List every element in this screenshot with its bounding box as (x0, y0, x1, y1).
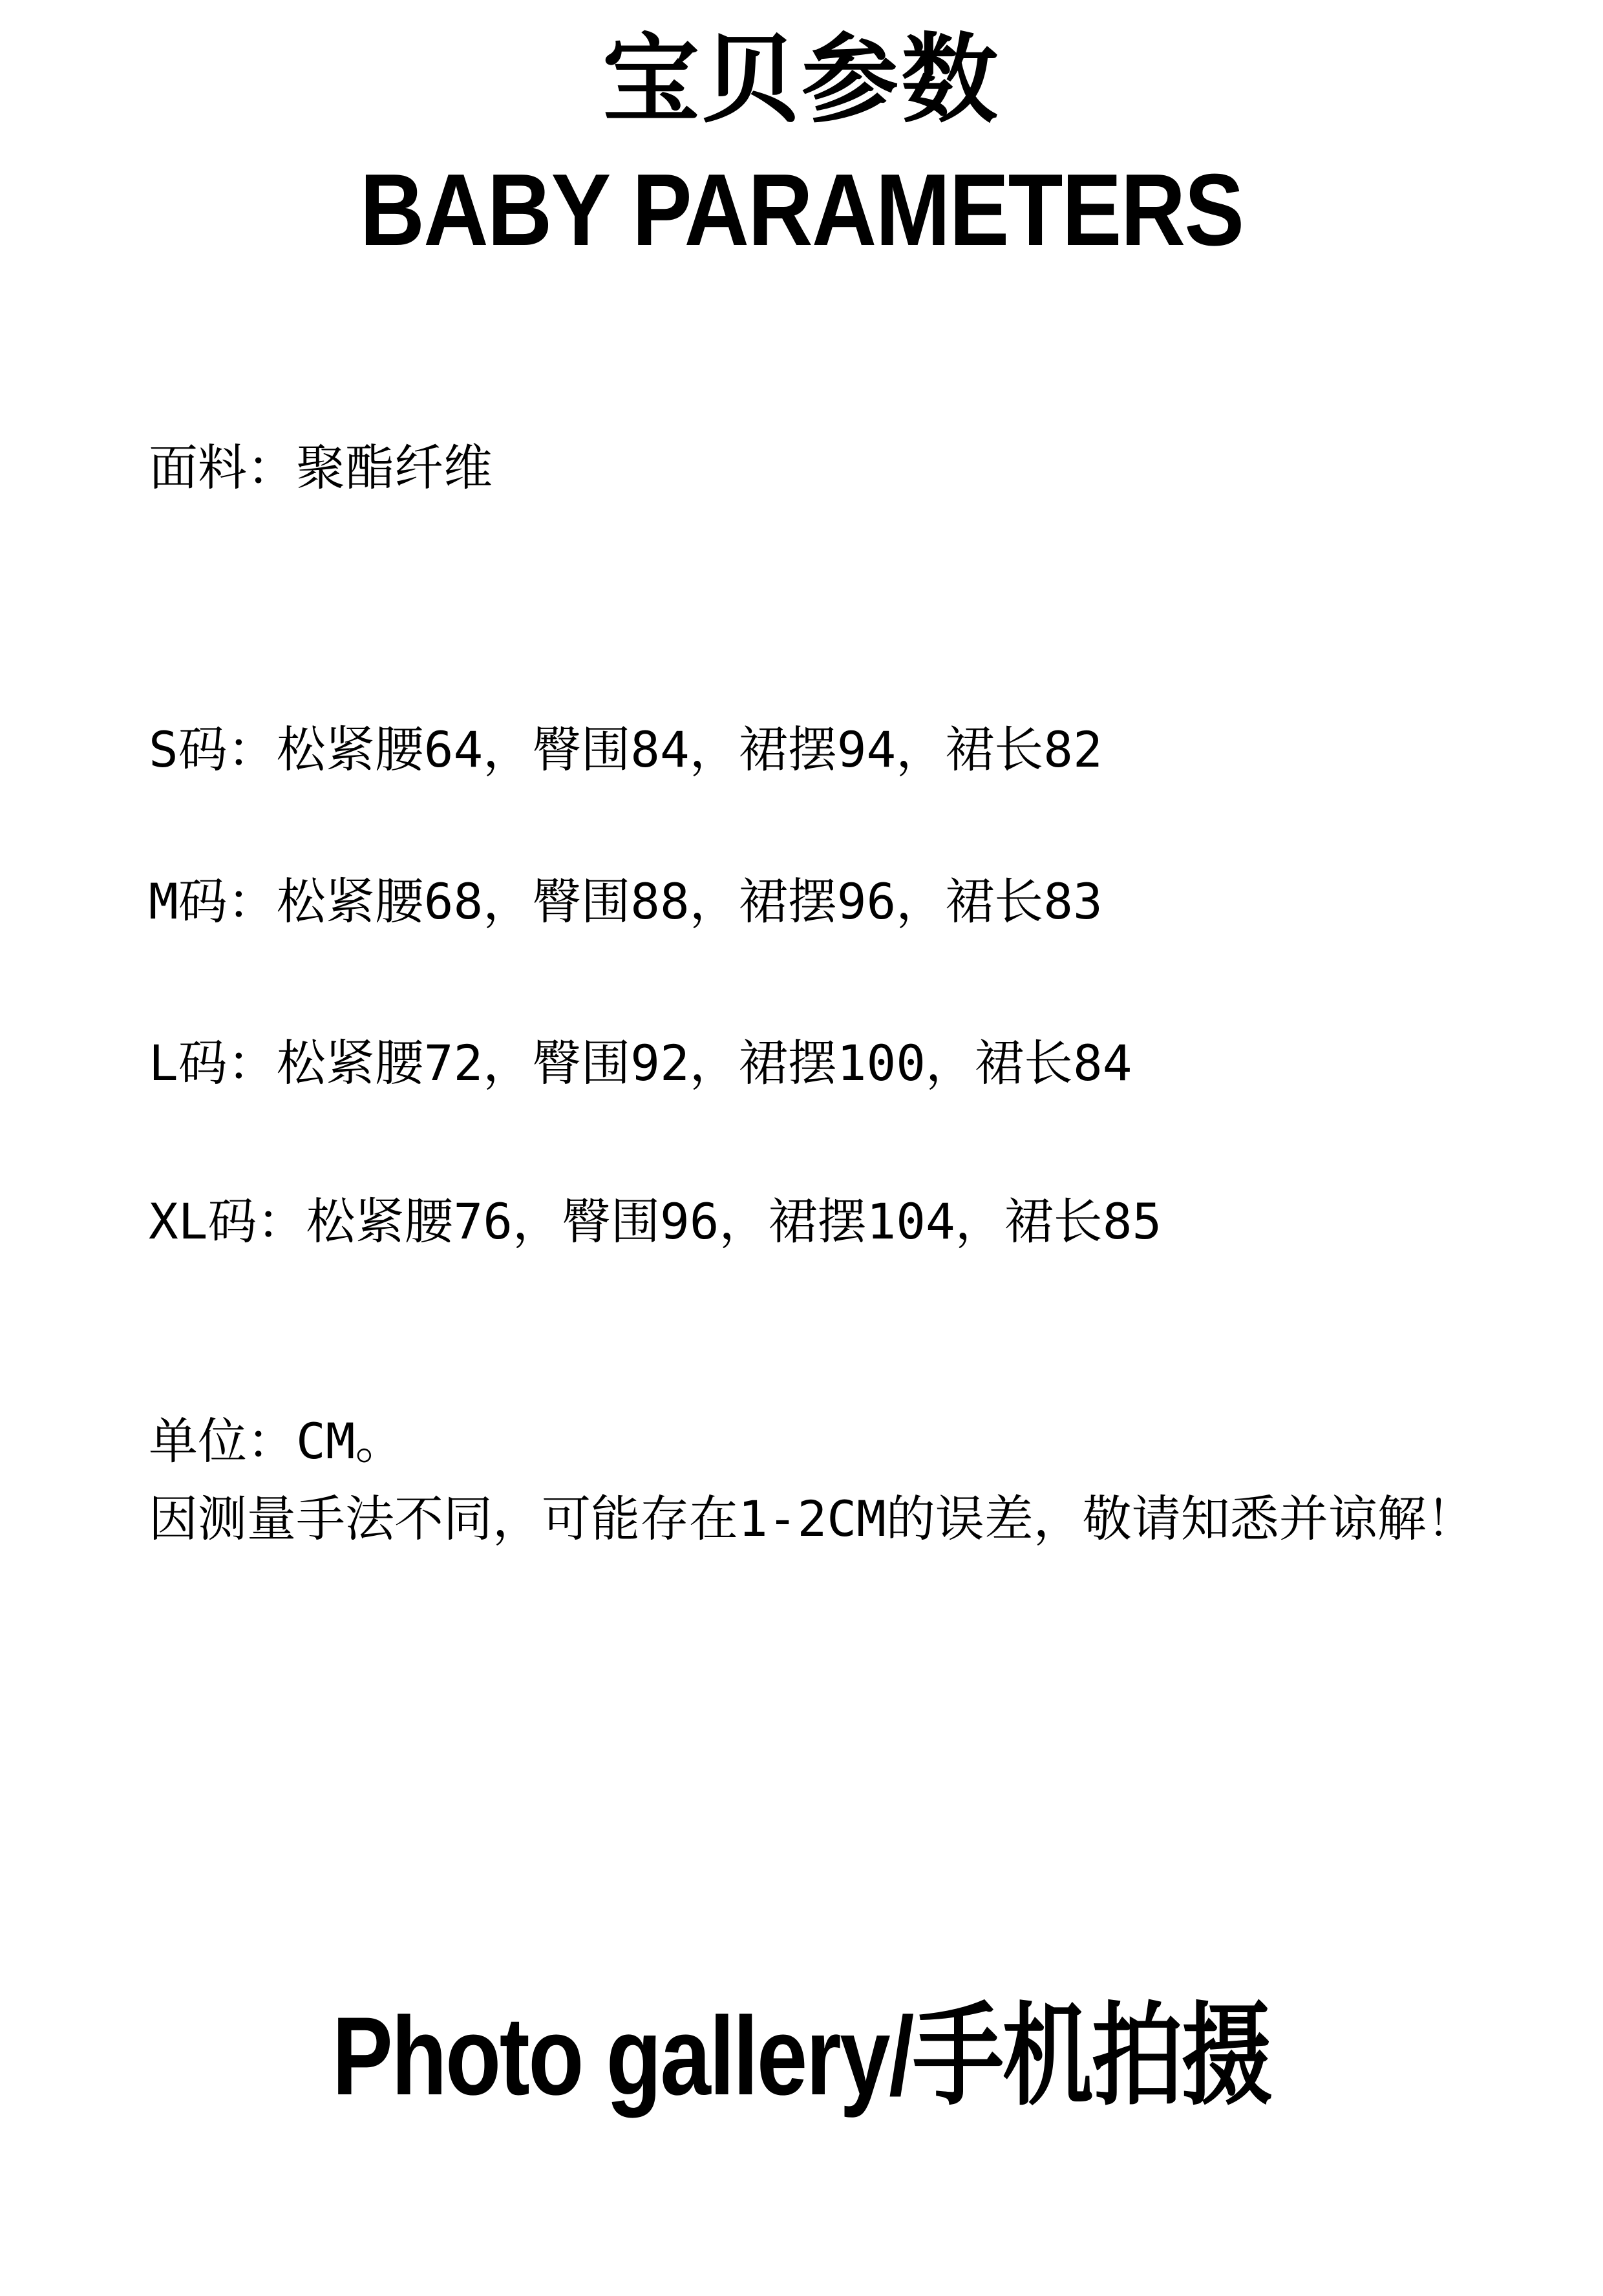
size-line-xl: XL码：松紧腰76，臀围96，裙摆104，裙长85 (149, 1197, 1162, 1246)
unit-line: 单位：CM。 (149, 1417, 405, 1466)
fabric-line: 面料：聚酯纤维 (149, 443, 493, 493)
size-line-l: L码：松紧腰72，臀围92，裙摆100，裙长84 (149, 1039, 1132, 1088)
page-title-chinese: 宝贝参数 (0, 27, 1603, 134)
disclaimer-line: 因测量手法不同，可能存在1-2CM的误差，敬请知悉并谅解！ (149, 1494, 1476, 1544)
size-line-m: M码：松紧腰68，臀围88，裙摆96，裙长83 (149, 877, 1103, 926)
page-title-english: BABY PARAMETERS (96, 157, 1507, 264)
photo-gallery-title: Photo gallery/手机拍摄 (144, 2001, 1459, 2112)
size-line-s: S码：松紧腰64，臀围84，裙摆94，裙长82 (149, 725, 1103, 774)
product-parameters-page: 宝贝参数 BABY PARAMETERS 面料：聚酯纤维 S码：松紧腰64，臀围… (0, 0, 1603, 2296)
